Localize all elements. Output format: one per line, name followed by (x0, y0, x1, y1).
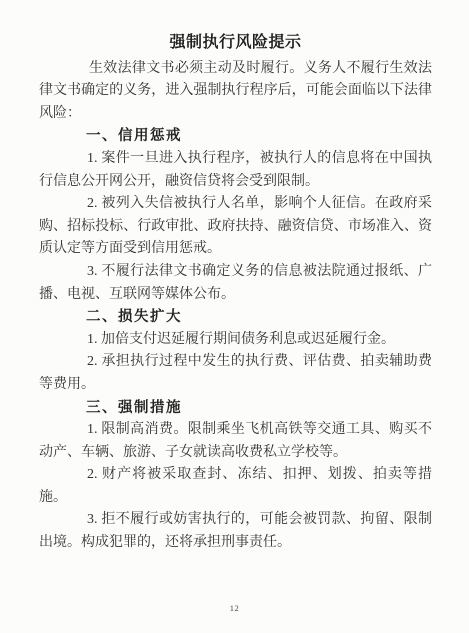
section-1-item-1: 1. 案件一旦进入执行程序，被执行人的信息将在中国执行信息公开网公开，融资信贷将… (39, 148, 432, 193)
document-page: 强制执行风险提示 生效法律文书必须主动及时履行。义务人不履行生效法律文书确定的义… (0, 0, 469, 633)
page-number: 12 (0, 597, 469, 620)
section-2-item-2: 2. 承担执行过程中发生的执行费、评估费、拍卖辅助费等费用。 (39, 351, 432, 396)
section-1-item-3: 3. 不履行法律文书确定义务的信息被法院通过报纸、广播、电视、互联网等媒体公布。 (39, 261, 432, 306)
section-1-heading: 一、信用惩戒 (39, 125, 432, 148)
intro-paragraph: 生效法律文书必须主动及时履行。义务人不履行生效法律文书确定的义务，进入强制执行程… (39, 58, 432, 126)
section-2-heading: 二、损失扩大 (39, 306, 432, 329)
section-2-item-1: 1. 加倍支付迟延履行期间债务利息或迟延履行金。 (39, 329, 432, 352)
section-3-heading: 三、强制措施 (39, 397, 432, 420)
document-title: 强制执行风险提示 (39, 32, 432, 55)
section-1-item-2: 2. 被列入失信被执行人名单，影响个人征信。在政府采购、招标投标、行政审批、政府… (39, 193, 432, 261)
section-3-item-2: 2. 财产将被采取查封、冻结、扣押、划拨、拍卖等措施。 (39, 464, 432, 509)
section-3-item-3: 3. 拒不履行或妨害执行的，可能会被罚款、拘留、限制出境。构成犯罪的，还将承担刑… (39, 509, 432, 554)
section-3-item-1: 1. 限制高消费。限制乘坐飞机高铁等交通工具、购买不动产、车辆、旅游、子女就读高… (39, 419, 432, 464)
